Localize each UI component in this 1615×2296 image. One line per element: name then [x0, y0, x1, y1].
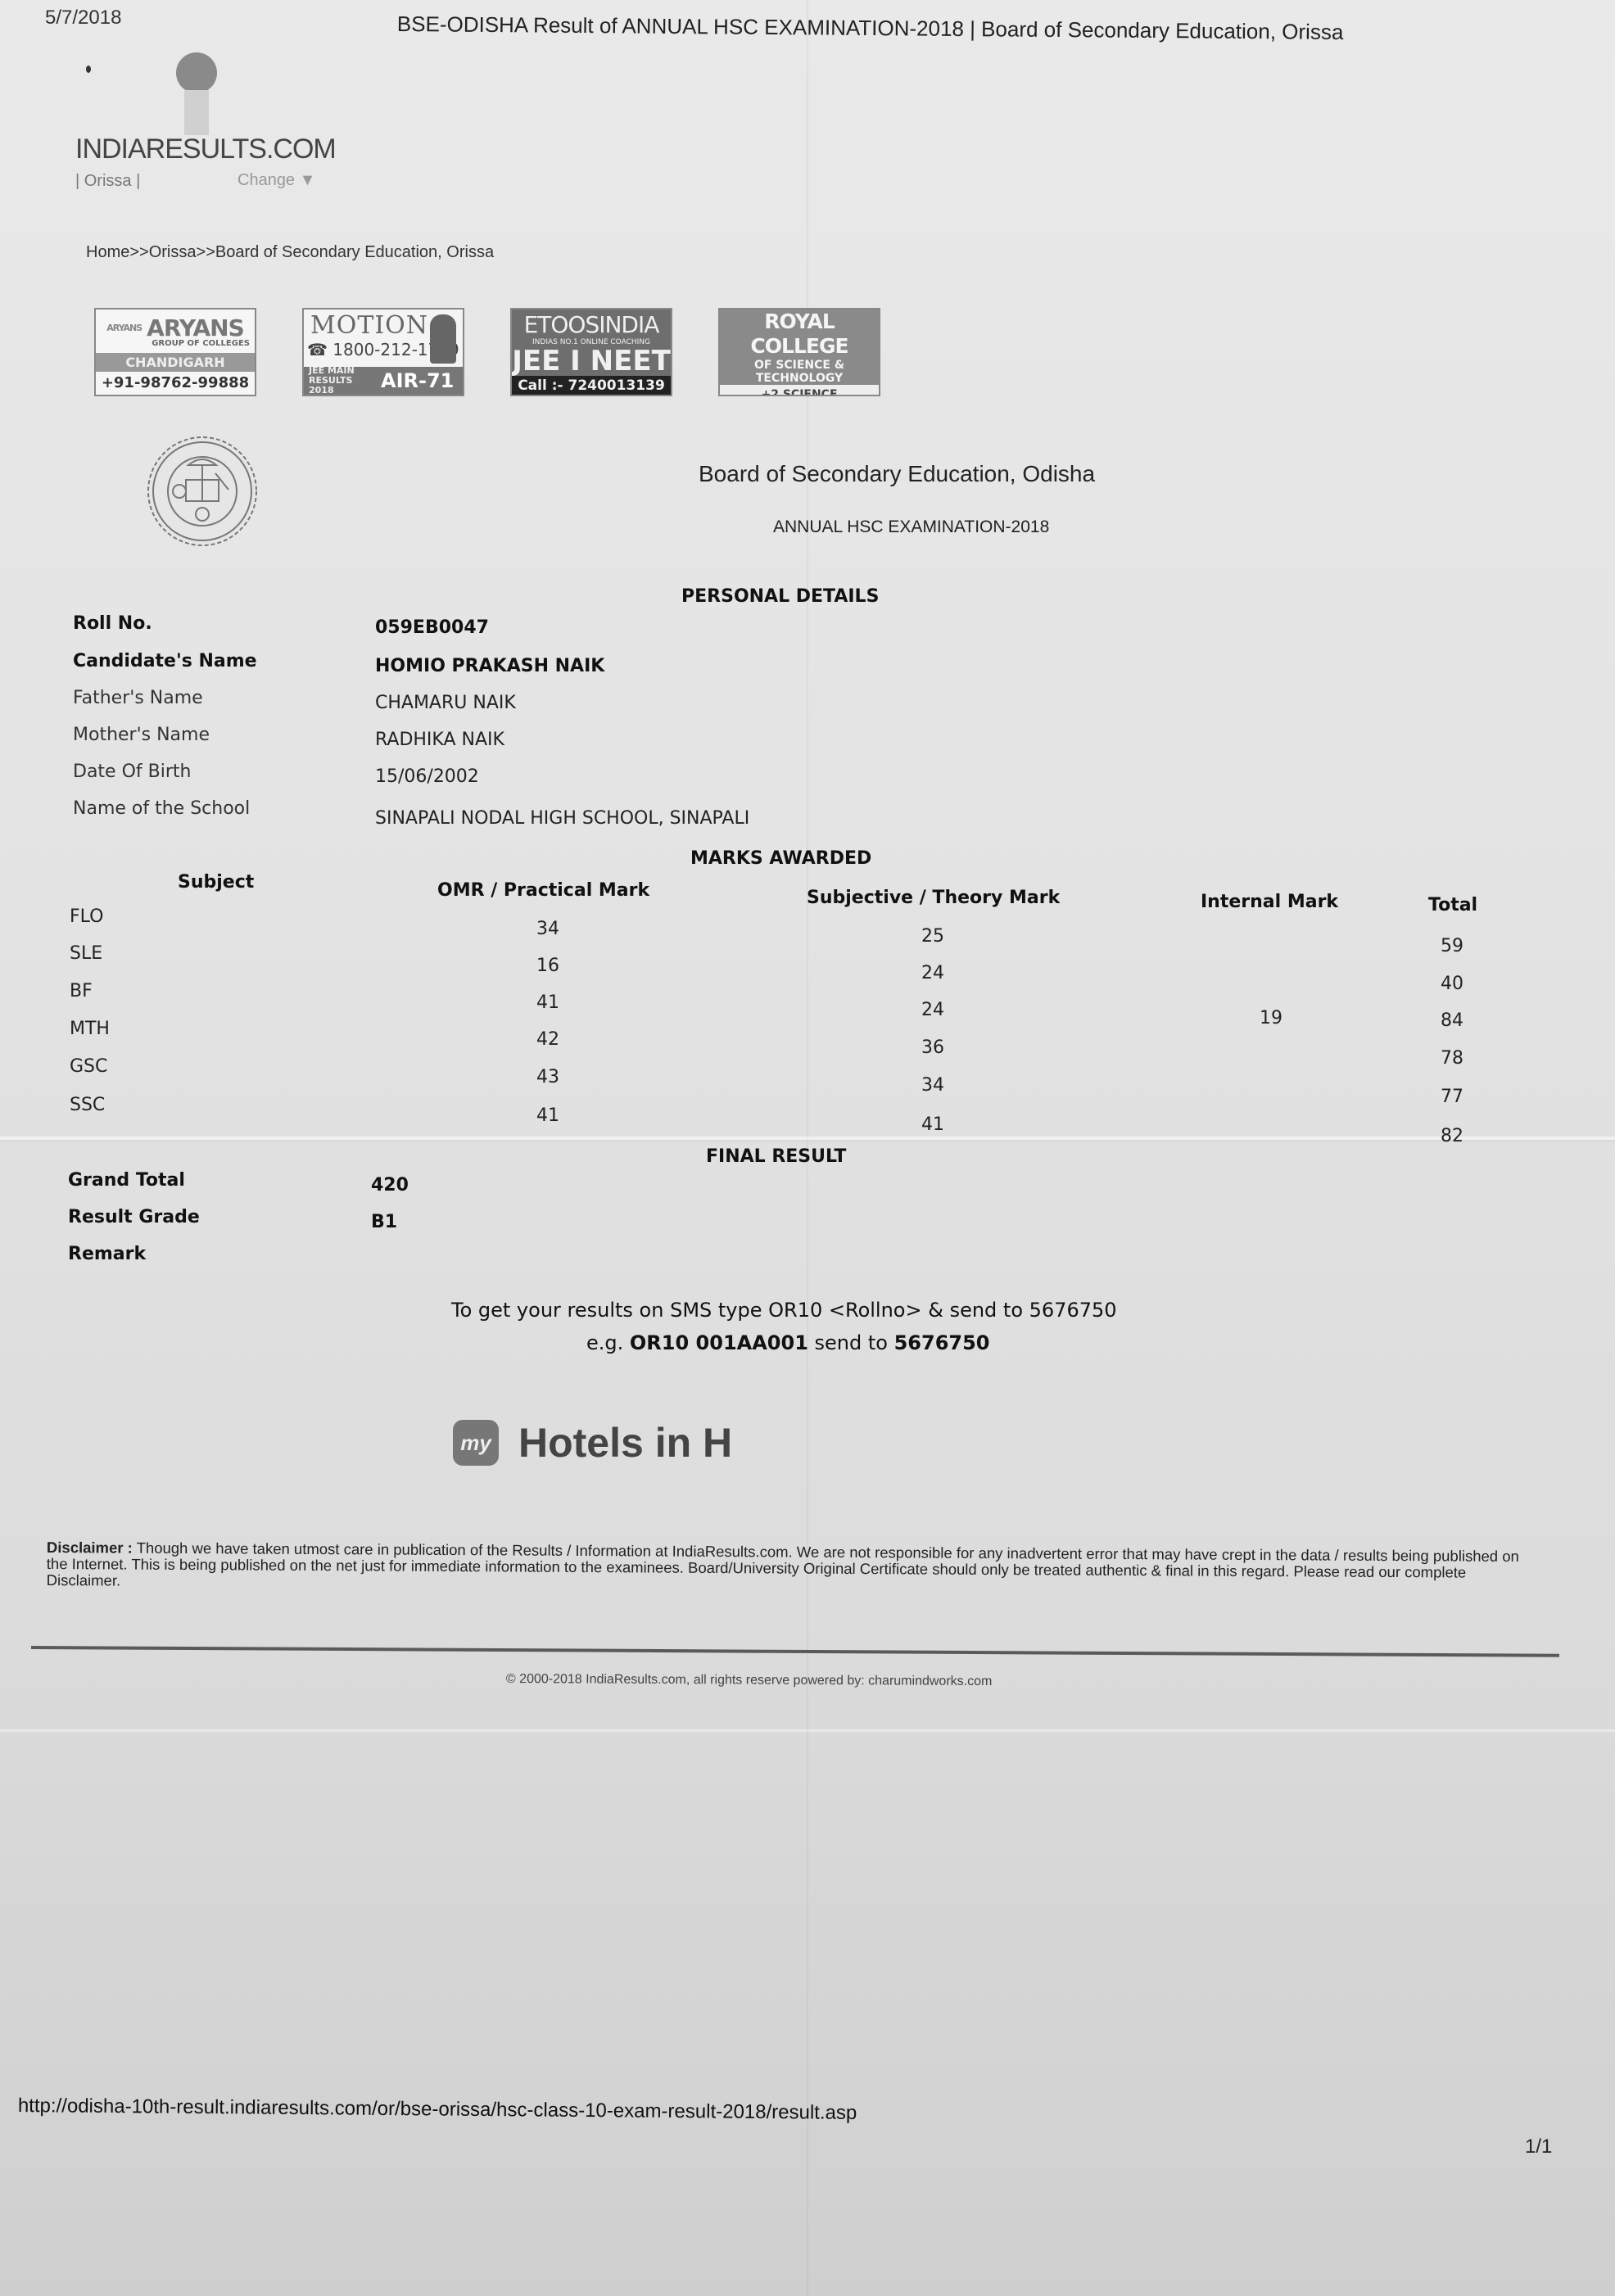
ad-etoosindia[interactable]: ETOOSINDIA INDIAS NO.1 ONLINE COACHING J… — [510, 308, 672, 396]
cell-omr: 42 — [536, 1029, 559, 1050]
candidate-name-label: Candidate's Name — [73, 651, 257, 671]
col-subject: Subject — [178, 872, 254, 893]
logo-person-body-icon — [184, 90, 209, 135]
cell-total: 77 — [1441, 1087, 1463, 1107]
cell-subject: SSC — [70, 1095, 105, 1115]
change-region-link[interactable]: Change ▼ — [237, 171, 315, 190]
hotel-ad[interactable]: my Hotels in H — [453, 1419, 732, 1467]
ad-motion-rank: AIR-71 — [381, 369, 454, 392]
ad-aryans-title: ARYANS — [147, 314, 244, 341]
personal-details-heading: PERSONAL DETAILS — [681, 586, 879, 607]
cell-theory: 24 — [921, 963, 944, 983]
paper-fold-horizontal — [0, 1137, 1615, 1140]
logo-dot — [86, 66, 91, 73]
father-name-value: CHAMARU NAIK — [375, 693, 516, 713]
cell-total: 78 — [1441, 1048, 1463, 1069]
disclaimer: Disclaimer : Though we have taken utmost… — [47, 1539, 1521, 1598]
mother-name-value: RADHIKA NAIK — [375, 730, 504, 750]
cell-total: 40 — [1441, 974, 1463, 994]
breadcrumb-separator: >> — [197, 243, 215, 261]
school-label: Name of the School — [73, 798, 250, 819]
cell-omr: 43 — [536, 1067, 559, 1087]
breadcrumb-orissa[interactable]: Orissa — [149, 243, 197, 261]
ad-royal-title: ROYAL COLLEGE — [720, 310, 879, 359]
disclaimer-label: Disclaimer : — [47, 1539, 133, 1557]
breadcrumb: Home>>Orissa>>Board of Secondary Educati… — [86, 243, 494, 262]
result-grade-value: B1 — [371, 1212, 397, 1232]
cell-omr: 41 — [536, 1105, 559, 1126]
logo-person-head-icon — [176, 52, 217, 93]
board-title: Board of Secondary Education, Odisha — [699, 461, 1095, 487]
dob-value: 15/06/2002 — [375, 766, 479, 787]
disclaimer-link[interactable]: Disclaimer. — [47, 1571, 121, 1589]
disclaimer-text: Though we have taken utmost care in publ… — [47, 1539, 1519, 1581]
remark-label: Remark — [68, 1244, 146, 1264]
paper-fold-horizontal-lower — [0, 1729, 1615, 1732]
sms-number: 5676750 — [894, 1331, 990, 1354]
ad-banners: ARYANSARYANS GROUP OF COLLEGES CHANDIGAR… — [94, 308, 880, 396]
cell-theory: 24 — [921, 1000, 944, 1020]
page-number: 1/1 — [1525, 2136, 1552, 2158]
print-page-title: BSE-ODISHA Result of ANNUAL HSC EXAMINAT… — [397, 11, 1344, 45]
cell-theory: 25 — [921, 926, 944, 947]
cell-subject: GSC — [70, 1056, 107, 1077]
ad-aryans[interactable]: ARYANSARYANS GROUP OF COLLEGES CHANDIGAR… — [94, 308, 256, 396]
cell-total: 84 — [1441, 1010, 1463, 1031]
makemytrip-icon: my — [453, 1420, 499, 1466]
cell-theory: 34 — [921, 1075, 944, 1096]
roll-no-value: 059EB0047 — [375, 617, 489, 638]
cell-omr: 41 — [536, 992, 559, 1013]
cell-subject: BF — [70, 981, 93, 1001]
ad-royal-college[interactable]: ROYAL COLLEGE OF SCIENCE & TECHNOLOGY +2… — [718, 308, 880, 396]
change-label: Change — [237, 171, 295, 189]
sms-instructions: To get your results on SMS type OR10 <Ro… — [451, 1299, 1117, 1322]
cell-subject: MTH — [70, 1019, 110, 1039]
cell-subject: FLO — [70, 906, 103, 927]
ad-aryans-subtitle: GROUP OF COLLEGES — [96, 339, 255, 348]
footer-divider — [31, 1646, 1559, 1657]
cell-omr: 16 — [536, 956, 559, 976]
col-internal: Internal Mark — [1201, 892, 1338, 912]
cell-internal: 19 — [1260, 1008, 1282, 1028]
breadcrumb-home[interactable]: Home — [86, 243, 129, 261]
ad-royal-subtitle: OF SCIENCE & TECHNOLOGY — [720, 359, 879, 386]
breadcrumb-board[interactable]: Board of Secondary Education, Orissa — [215, 243, 494, 261]
grand-total-label: Grand Total — [68, 1170, 185, 1191]
cell-theory: 41 — [921, 1114, 944, 1135]
ad-etoos-title: ETOOSINDIA — [512, 310, 671, 338]
hotel-ad-text: Hotels in H — [518, 1419, 732, 1467]
col-total: Total — [1428, 895, 1477, 915]
grand-total-value: 420 — [371, 1175, 409, 1195]
ad-motion-person-icon — [430, 314, 456, 364]
col-omr: OMR / Practical Mark — [437, 880, 649, 901]
school-value: SINAPALI NODAL HIGH SCHOOL, SINAPALI — [375, 808, 749, 829]
ad-etoos-exams: JEE I NEET — [512, 346, 671, 376]
candidate-name-value: HOMIO PRAKASH NAIK — [375, 656, 604, 676]
sms-example: e.g. OR10 001AA001 send to 5676750 — [586, 1331, 990, 1354]
dob-label: Date Of Birth — [73, 762, 191, 782]
sms-example-code: OR10 001AA001 — [630, 1331, 808, 1354]
print-date: 5/7/2018 — [45, 7, 121, 29]
ad-etoos-phone: Call :- 7240013139 — [512, 376, 671, 395]
exam-title: ANNUAL HSC EXAMINATION-2018 — [773, 518, 1049, 537]
caret-down-icon: ▼ — [300, 171, 316, 189]
ad-aryans-city: CHANDIGARH — [96, 353, 255, 372]
cell-subject: SLE — [70, 943, 102, 964]
region-label: | Orissa | — [75, 172, 140, 191]
copyright: © 2000-2018 IndiaResults.com, all rights… — [506, 1672, 992, 1689]
roll-no-label: Roll No. — [73, 613, 152, 634]
cell-total: 82 — [1441, 1126, 1463, 1146]
ad-motion[interactable]: MOTION ☎ 1800-212-1799 JEE MAIN RESULTS … — [302, 308, 464, 396]
ad-aryans-logo: ARYANS — [106, 323, 142, 333]
cell-omr: 34 — [536, 919, 559, 939]
ad-motion-subtitle: JEE MAIN RESULTS 2018 — [304, 366, 366, 395]
cell-theory: 36 — [921, 1037, 944, 1058]
final-result-heading: FINAL RESULT — [706, 1146, 846, 1167]
ad-royal-program: +2 SCIENCE BHUBANESWAR — [720, 386, 879, 396]
ad-aryans-phone: +91-98762-99888 — [96, 372, 255, 391]
breadcrumb-separator: >> — [129, 243, 148, 261]
board-seal-icon — [143, 432, 262, 551]
result-grade-label: Result Grade — [68, 1207, 200, 1227]
mother-name-label: Mother's Name — [73, 725, 210, 745]
site-logo[interactable]: INDIARESULTS.COM — [75, 133, 336, 165]
marks-awarded-heading: MARKS AWARDED — [690, 848, 871, 869]
cell-total: 59 — [1441, 936, 1463, 956]
col-theory: Subjective / Theory Mark — [807, 888, 1060, 908]
father-name-label: Father's Name — [73, 688, 203, 708]
print-url: http://odisha-10th-result.indiaresults.c… — [18, 2095, 857, 2125]
